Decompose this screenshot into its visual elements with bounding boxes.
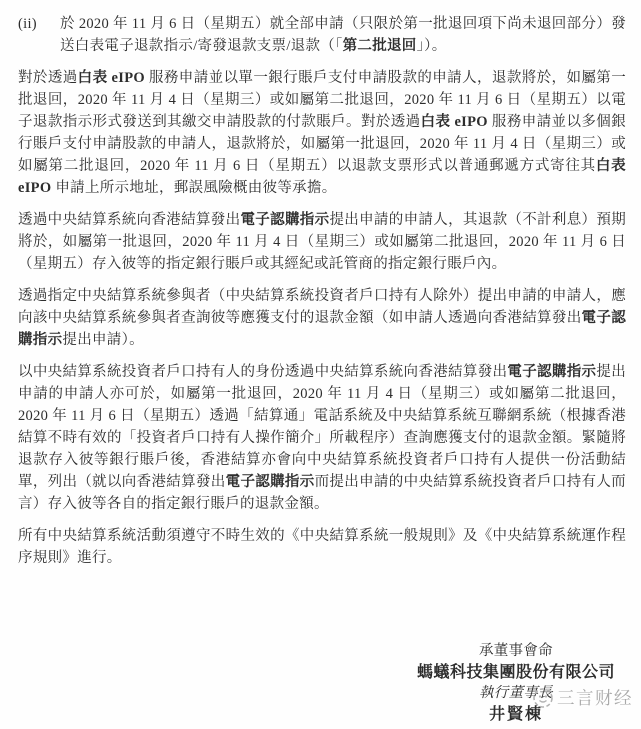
bold-text-run: 電子認購指示: [226, 474, 315, 490]
bold-text-run: 白表 eIPO: [421, 114, 488, 130]
company-name: 螞蟻科技集團股份有限公司: [417, 662, 615, 683]
list-marker: (ii): [18, 13, 60, 57]
text-run: 提出申請）。: [62, 332, 144, 348]
text-run: 對於透過: [18, 70, 78, 86]
watermark-text: 三言财经: [557, 687, 633, 709]
text-run: 透過指定中央結算系統參與者（中央結算系統投資者戶口持有人除外）提出申請的申請人，…: [18, 288, 626, 326]
bold-text-run: 電子認購指示: [240, 212, 329, 228]
paragraph: 對於透過白表 eIPO 服務申請並以單一銀行賬戶支付申請股款的申請人，退款將於，…: [18, 67, 626, 199]
announcement-document: (ii)於 2020 年 11 月 6 日（星期五）就全部申請（只限於第一批退回…: [0, 0, 641, 729]
text-run: 透過中央結算系統向香港結算發出: [18, 212, 240, 228]
list-item: (ii)於 2020 年 11 月 6 日（星期五）就全部申請（只限於第一批退回…: [18, 13, 626, 57]
smiley-circle-icon: [532, 687, 554, 709]
paragraph: 所有中央結算系統活動須遵守不時生效的《中央結算系統一般規則》及《中央結算系統運作…: [18, 525, 626, 569]
text-run: 申請上所示地址，郵誤風險概由彼等承擔。: [51, 180, 336, 196]
bold-text-run: 第二批退回: [343, 38, 417, 54]
text-run: 以中央結算系統投資者戶口持有人的身份透過中央結算系統向香港結算發出: [18, 364, 507, 380]
bold-text-run: 電子認購指示: [507, 364, 596, 380]
signature-block: 承董事會命 螞蟻科技集團股份有限公司 執行董事長 井賢棟: [417, 641, 615, 725]
paragraph: 透過中央結算系統向香港結算發出電子認購指示提出申請的申請人，其退款（不計利息）預…: [18, 209, 626, 275]
paragraph: 以中央結算系統投資者戶口持有人的身份透過中央結算系統向香港結算發出電子認購指示提…: [18, 361, 626, 515]
paragraph: 透過指定中央結算系統參與者（中央結算系統投資者戶口持有人除外）提出申請的申請人，…: [18, 285, 626, 351]
bold-text-run: 白表 eIPO: [78, 70, 145, 86]
paragraph-text: 於 2020 年 11 月 6 日（星期五）就全部申請（只限於第一批退回項下尚未…: [60, 13, 626, 57]
text-run: 」）。: [417, 38, 447, 54]
document-body: (ii)於 2020 年 11 月 6 日（星期五）就全部申請（只限於第一批退回…: [18, 13, 626, 569]
watermark: 三言财经: [532, 687, 633, 709]
text-run: 提出申請的申請人亦可於，如屬第一批退回，2020 年 11 月 4 日（星期三）…: [18, 364, 626, 490]
signature-on-behalf: 承董事會命: [417, 641, 615, 662]
text-run: 所有中央結算系統活動須遵守不時生效的《中央結算系統一般規則》及《中央結算系統運作…: [18, 528, 626, 566]
